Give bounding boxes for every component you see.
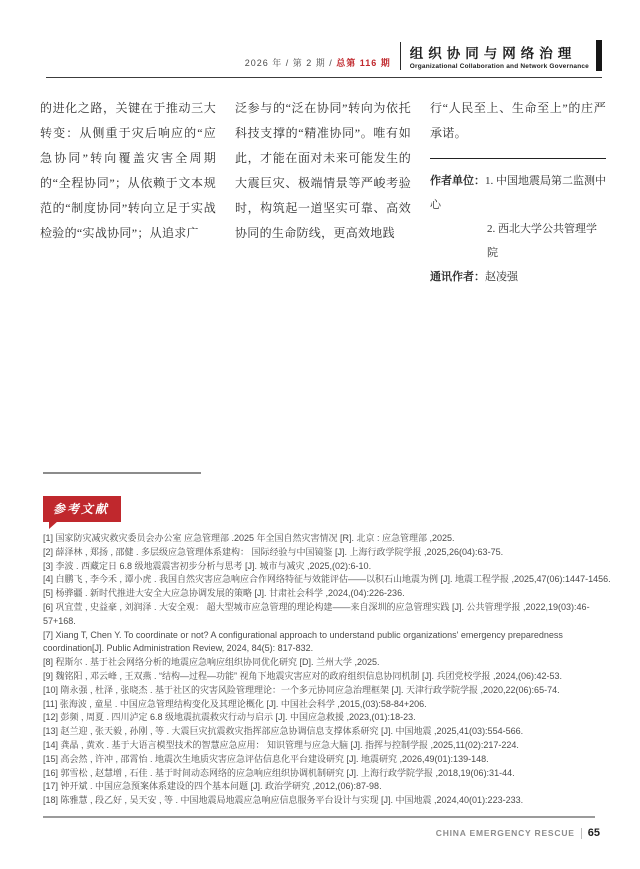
header-vertical-divider bbox=[400, 42, 401, 70]
body-column-2: 泛参与的“泛在协同”转向为依托科技支撑的“精准协同”。唯有如此，才能在面对未来可… bbox=[235, 96, 411, 289]
affiliation-2: 2. 西北大学公共管理学院 bbox=[487, 223, 597, 259]
section-title-cn: 组织协同与网络治理 bbox=[410, 45, 589, 62]
reference-item: [7] Xiang T, Chen Y. To coordinate or no… bbox=[43, 629, 614, 657]
reference-item: [15] 高会然 , 许冲 , 邵霄怡 . 地震次生地质灾害应急评估信息化平台建… bbox=[43, 753, 614, 767]
reference-item: [8] 程斯尔 . 基于社会网络分析的地震应急响应组织协同优化研究 [D]. 兰… bbox=[43, 656, 614, 670]
header-rule bbox=[46, 77, 602, 78]
affiliation-label: 作者单位： bbox=[430, 175, 485, 187]
body-paragraph: 泛参与的“泛在协同”转向为依托科技支撑的“精准协同”。唯有如此，才能在面对未来可… bbox=[235, 96, 411, 246]
corresponding-author: 赵凌强 bbox=[485, 271, 518, 283]
body-paragraph: 的进化之路，关键在于推动三大转变：从侧重于灾后响应的“应急协同”转向覆盖灾害全周… bbox=[40, 96, 216, 246]
issue-info: 2026 年 / 第 2 期 / 总第 116 期 bbox=[245, 56, 391, 72]
reference-item: [11] 张海波 , 童星 . 中国应急管理结构变化及其理论概化 [J]. 中国… bbox=[43, 698, 614, 712]
reference-item: [12] 彭频 , 周夏 . 四川泸定 6.8 级地震抗震救灾行动与启示 [J]… bbox=[43, 711, 614, 725]
reference-item: [5] 杨骅疆 . 新时代推进大安全大应急协调发展的策略 [J]. 甘肃社会科学… bbox=[43, 587, 614, 601]
reference-item: [17] 钟开斌 . 中国应急预案体系建设的四个基本问题 [J]. 政治学研究 … bbox=[43, 780, 614, 794]
section-title-block: 组织协同与网络治理 Organizational Collaboration a… bbox=[410, 45, 589, 72]
page-header: 2026 年 / 第 2 期 / 总第 116 期 组织协同与网络治理 Orga… bbox=[245, 40, 602, 72]
issue-number-highlight: 总第 116 期 bbox=[336, 58, 391, 68]
page-footer: CHINA EMERGENCY RESCUE 65 bbox=[436, 827, 600, 839]
footer-journal-name: CHINA EMERGENCY RESCUE bbox=[436, 828, 575, 838]
reference-item: [4] 白鹏飞 , 李今禾 , 谭小虎 . 我国自然灾害应急响应合作网络特征与效… bbox=[43, 573, 614, 587]
footer-divider bbox=[581, 828, 582, 839]
article-body: 的进化之路，关键在于推动三大转变：从侧重于灾后响应的“应急协同”转向覆盖灾害全周… bbox=[40, 96, 607, 289]
corresponding-author-line: 通讯作者：赵凌强 bbox=[430, 265, 606, 289]
header-black-bar bbox=[596, 40, 602, 71]
reference-item: [6] 巩宜萱 , 史益豪 , 刘润泽 . 大安全观： 超大型城市应急管理的理论… bbox=[43, 601, 614, 629]
reference-item: [16] 郭雪松 , 赵慧增 , 石佳 . 基于时间动态网络的应急响应组织协调机… bbox=[43, 767, 614, 781]
affiliation-line-2: 2. 西北大学公共管理学院 bbox=[430, 217, 606, 265]
reference-item: [18] 陈雅慧 , 段乙好 , 吴天安 , 等 . 中国地震局地震应急响应信息… bbox=[43, 794, 614, 808]
author-divider-rule bbox=[430, 158, 606, 159]
body-paragraph: 行“人民至上、生命至上”的庄严承诺。 bbox=[430, 96, 606, 146]
author-info-block: 作者单位：1. 中国地震局第二监测中心 2. 西北大学公共管理学院 通讯作者：赵… bbox=[430, 169, 606, 289]
body-column-3: 行“人民至上、生命至上”的庄严承诺。 作者单位：1. 中国地震局第二监测中心 2… bbox=[430, 96, 606, 289]
reference-item: [9] 魏铭阳 , 邓云峰 , 王双燕 . “结构—过程—功能” 视角下地震灾害… bbox=[43, 670, 614, 684]
affiliation-line-1: 作者单位：1. 中国地震局第二监测中心 bbox=[430, 169, 606, 217]
footer-page-number: 65 bbox=[588, 827, 600, 839]
reference-item: [14] 龚晶 , 黄欢 . 基于大语言模型技术的智慧应急应用： 知识管理与应急… bbox=[43, 739, 614, 753]
journal-page: 2026 年 / 第 2 期 / 总第 116 期 组织协同与网络治理 Orga… bbox=[0, 0, 640, 869]
references-heading-badge: 参考文献 bbox=[43, 496, 121, 522]
footer-rule bbox=[43, 816, 595, 818]
issue-prefix: 2026 年 / 第 2 期 / bbox=[245, 58, 337, 68]
reference-list: [1] 国家防灾减灾救灾委员会办公室 应急管理部 .2025 年全国自然灾害情况… bbox=[43, 532, 614, 808]
references-top-rule bbox=[43, 472, 201, 474]
reference-item: [3] 李波 . 西藏定日 6.8 级地震震害初步分析与思考 [J]. 城市与减… bbox=[43, 560, 614, 574]
reference-item: [1] 国家防灾减灾救灾委员会办公室 应急管理部 .2025 年全国自然灾害情况… bbox=[43, 532, 614, 546]
section-title-en: Organizational Collaboration and Network… bbox=[410, 62, 589, 72]
reference-item: [10] 隋永强 , 杜泽 , 张晓杰 . 基于社区的灾害风险管理理论：一个多元… bbox=[43, 684, 614, 698]
corresponding-label: 通讯作者： bbox=[430, 271, 485, 283]
body-column-1: 的进化之路，关键在于推动三大转变：从侧重于灾后响应的“应急协同”转向覆盖灾害全周… bbox=[40, 96, 216, 289]
reference-item: [13] 赵兰迎 , 张天毅 , 孙刚 , 等 . 大震巨灾抗震救灾指挥部应急协… bbox=[43, 725, 614, 739]
reference-item: [2] 薛泽林 , 郑扬 , 邵健 . 多层级应急管理体系建构： 国际经验与中国… bbox=[43, 546, 614, 560]
